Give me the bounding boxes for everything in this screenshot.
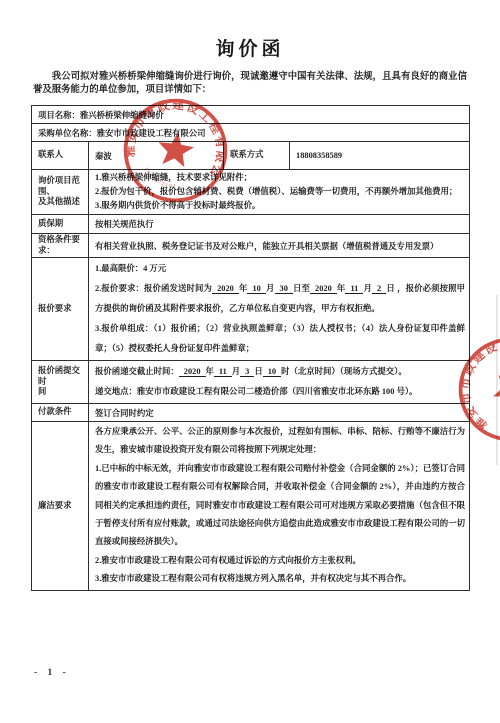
underlined-blank-value: 2020 <box>212 284 239 294</box>
text-segment: 时（北京时间）（现场方式提交）。 <box>281 367 407 376</box>
submission-time-label: 报价函提交时 间 <box>32 361 89 404</box>
document-title: 询价函 <box>31 34 469 61</box>
scan-edge-artifact <box>496 295 498 465</box>
scope-content-cell: 1.雅兴桥桥梁伸缩缝，技术要求详见附件； 2.报价为包干价，报价包含辅材费、税费… <box>89 170 470 215</box>
quote-req-item-1: 1.最高限价：4 万元 <box>95 259 465 279</box>
text-segment: 日至 <box>293 284 310 293</box>
warranty-label: 质保期 <box>32 215 89 234</box>
submission-address-line: 递交地点：雅安市市政建设工程有限公司二楼造价部（四川省雅安市北环东路 100 号… <box>95 382 465 402</box>
inquiry-table: 项目名称：雅兴桥桥梁伸缩缝询价 采购单位名称：雅安市市政建设工程有限公司 联系人… <box>31 105 470 591</box>
text-segment: 月 <box>266 284 275 293</box>
qualification-cell: 有相关营业执照、税务登记证书及对公账户，能独立开具相关票据（增值税普通及专用发票… <box>89 234 470 258</box>
integrity-item-3: 3.雅安市市政建设工程有限公司有权将违规方列入黑名单，并有权决定与其不再合作。 <box>95 570 465 588</box>
text-segment: 日 <box>254 367 262 376</box>
text-segment: 月 <box>363 284 372 293</box>
contact-label: 联系人 <box>32 142 89 170</box>
purchaser-cell: 采购单位名称：雅安市市政建设工程有限公司 <box>32 124 470 142</box>
text-segment: 2.报价要求：报价函发送时间为 <box>95 284 212 293</box>
integrity-item-1: 1.已中标的中标无效，并向雅安市市政建设工程有限公司赔付补偿金（合同金额的 2%… <box>95 460 465 552</box>
phone-label: 联系方式 <box>224 142 290 170</box>
qualification-label: 资格条件要求： <box>32 234 89 258</box>
integrity-item-2: 2.雅安市市政建设工程有限公司有权通过诉讼的方式向报价方主张权利。 <box>95 552 465 570</box>
payment-terms-label: 付款条件 <box>32 404 89 422</box>
underlined-blank-value: 30 <box>275 284 293 294</box>
page-number: - 1 - <box>34 668 70 678</box>
text-segment: 年 <box>206 367 214 376</box>
integrity-cell: 各方应秉承公开、公平、公正的原则参与本次报价，过程如有围标、串标、陪标、行贿等不… <box>89 422 470 591</box>
scanned-document-page: 询价函 我公司拟对雅兴桥桥梁伸缩缝询价进行询价，现诚邀遵守中国有关法律、法规，且… <box>0 0 500 723</box>
underlined-blank-value: 2020 <box>310 284 337 294</box>
text-segment: 月 <box>232 367 240 376</box>
scope-label: 询价项目范围、 及其他描述 <box>32 170 89 215</box>
underlined-blank-value: 2 <box>372 284 386 294</box>
underlined-blank-value: 10 <box>263 367 281 377</box>
quote-req-item-3: 3.报价单组成：（1）报价函；（2）营业执照盖鲜章；（3）法人授权书；（4）法人… <box>95 319 465 359</box>
intro-paragraph: 我公司拟对雅兴桥桥梁伸缩缝询价进行询价，现诚邀遵守中国有关法律、法规，且具有良好… <box>33 71 467 96</box>
integrity-label: 廉洁要求 <box>32 422 89 591</box>
warranty-cell: 按相关规范执行 <box>89 215 470 234</box>
underlined-blank-value: 10 <box>247 284 265 294</box>
payment-terms-cell: 签订合同时约定 <box>89 404 470 422</box>
submission-deadline-line: 报价函递交截止时间：2020年11月3日10时（北京时间）（现场方式提交）。 <box>95 362 465 382</box>
quote-req-item-2: 2.报价要求：报价函发送时间为2020年10月30日至2020年11月2日 ，报… <box>95 279 465 319</box>
text-segment: 报价函递交截止时间： <box>95 367 179 376</box>
document-body: 询价函 我公司拟对雅兴桥桥梁伸缩缝询价进行询价，现诚邀遵守中国有关法律、法规，且… <box>31 34 469 591</box>
quote-requirements-label: 报价要求 <box>32 258 89 361</box>
underlined-blank-value: 11 <box>214 367 232 377</box>
underlined-blank-value: 2020 <box>179 367 206 377</box>
quote-requirements-cell: 1.最高限价：4 万元 2.报价要求：报价函发送时间为2020年10月30日至2… <box>89 258 470 361</box>
phone-cell: 18808358589 <box>290 142 470 170</box>
contact-name-cell: 秦波 <box>89 142 224 170</box>
project-name-cell: 项目名称：雅兴桥桥梁伸缩缝询价 <box>32 106 470 124</box>
submission-time-cell: 报价函递交截止时间：2020年11月3日10时（北京时间）（现场方式提交）。 递… <box>89 361 470 404</box>
integrity-intro: 各方应秉承公开、公平、公正的原则参与本次报价，过程如有围标、串标、陪标、行贿等不… <box>95 423 465 460</box>
underlined-blank-value: 3 <box>240 367 254 377</box>
underlined-blank-value: 11 <box>345 284 363 294</box>
